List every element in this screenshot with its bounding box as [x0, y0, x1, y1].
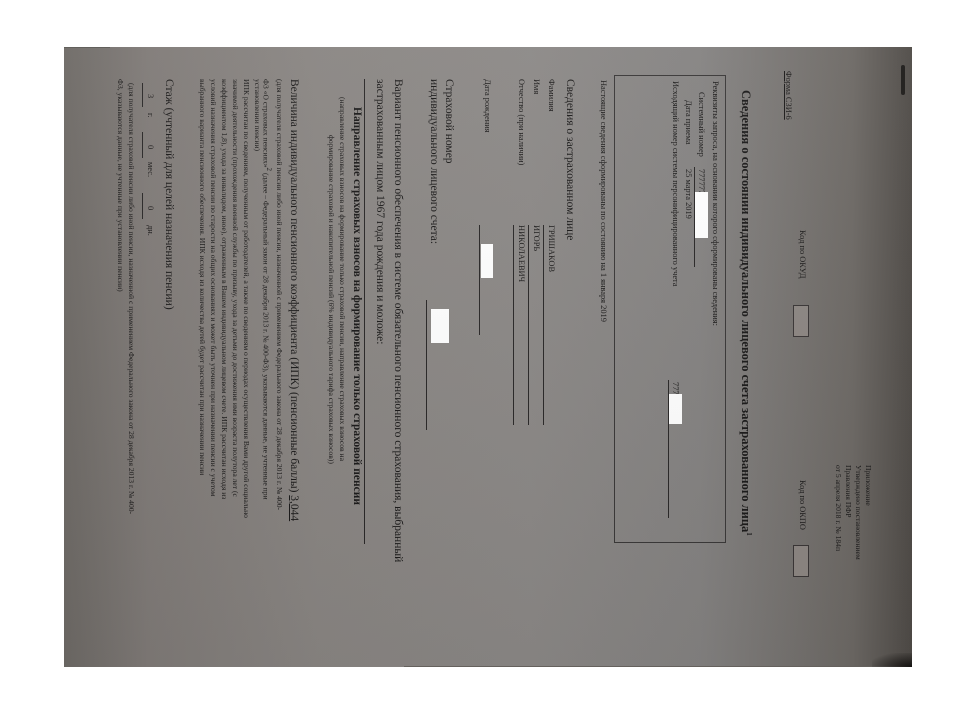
surname-value: ГРИШАКОВ — [547, 225, 555, 272]
okpo-field[interactable] — [793, 545, 809, 577]
as-of-text: Настоящие сведения сформированы по состо… — [599, 80, 607, 322]
ipk-note: (для получателя страховой пенсии либо ин… — [275, 79, 283, 510]
okpo-label: Код по ОКПО — [798, 480, 806, 530]
experience-label: Стаж (учтенный для целей назначения пенс… — [163, 79, 175, 310]
form-name: Форма СЗИ-6 — [784, 71, 792, 120]
insured-heading: Сведения о застрахованном лице — [564, 79, 576, 240]
form-page: Форма СЗИ-6 Приложение Утверждено постан… — [64, 47, 912, 667]
approval-line-2: Утверждено постановлением — [854, 465, 862, 560]
experience-months-unit: мес. — [146, 162, 154, 177]
surname-label: Фамилия — [547, 79, 555, 112]
experience-years-unit: г. — [146, 113, 154, 118]
ipk-note: установлении пенсии) — [253, 79, 261, 151]
approval-line-3: Правления ПФР — [844, 465, 852, 518]
experience-years: 3 — [146, 94, 154, 98]
received-date-value: 25 марта 2019 — [684, 169, 692, 219]
approval-line-1: Приложение — [864, 465, 872, 506]
request-heading: Реквизиты запроса, на основании которого… — [711, 81, 719, 326]
ipk-note: коэффициентом 1,8), ухода за инвалидом, … — [220, 79, 228, 499]
experience-days-unit: дн. — [146, 225, 154, 236]
ipk-note: ИПК рассчитан по сведениям, полученным о… — [242, 79, 250, 518]
outgoing-number-label: Исходящий номер системы персонифицирован… — [671, 81, 679, 287]
ipk-label: Величина индивидуального пенсионного коэ… — [288, 79, 300, 521]
experience-note-1: (для получателя страховой пенсии либо ин… — [127, 83, 135, 514]
approval-line-4: от 5 апреля 2018 г. № 184п — [834, 465, 842, 551]
snils-label-line-1: Страховой номер — [443, 79, 455, 164]
ipk-note: выбранного варианта пенсионного обеспече… — [198, 79, 206, 475]
document-photo: Форма СЗИ-6 Приложение Утверждено постан… — [64, 47, 912, 667]
system-number-label: Системный номер — [697, 92, 705, 157]
system-number-value: 777777 — [697, 169, 705, 194]
okud-field[interactable] — [793, 305, 809, 337]
patronymic-label: Отчество (при наличии) — [517, 79, 525, 165]
redaction — [431, 309, 449, 343]
experience-months: 0 — [146, 145, 154, 149]
snils-label-line-2: индивидуального лицевого счета: — [428, 79, 440, 244]
pension-option-hint-2: формирование страховой и накопительной п… — [327, 135, 335, 464]
pension-option-hint-1: (направление страховых взносов на формир… — [338, 97, 346, 461]
outgoing-number-value: 777 — [671, 382, 679, 395]
ipk-value: 3,044 — [288, 495, 300, 521]
pension-option-line-2: застрахованным лицом 1967 года рождения … — [374, 79, 386, 344]
experience-days: 0 — [146, 206, 154, 210]
patronymic-value: НИКОЛАЕВИЧ — [517, 225, 525, 282]
ipk-note: ФЗ «О страховых пенсиях»2 (далее – Федер… — [262, 79, 272, 500]
birthdate-label: Дата рождения — [483, 79, 491, 133]
received-date-label: Дата приема — [684, 100, 692, 145]
pension-option-selected: Направление страховых взносов на формиро… — [351, 107, 363, 505]
name-value: ИГОРЬ — [532, 225, 540, 251]
ipk-note: условий назначения страховой пенсии по с… — [209, 79, 217, 497]
pension-option-line-1: Вариант пенсионного обеспечения в систем… — [392, 79, 404, 562]
okud-label: Код по ОКУД — [798, 230, 806, 279]
redaction — [481, 244, 493, 278]
experience-note-2: ФЗ, указываются данные, не учтенные при … — [116, 79, 124, 292]
ipk-note: значимой деятельности (прохождения военн… — [231, 79, 239, 497]
document-title: Сведения о состоянии индивидуального лиц… — [739, 90, 752, 536]
name-label: Имя — [532, 79, 540, 94]
redaction — [669, 394, 682, 424]
redaction — [695, 192, 708, 238]
